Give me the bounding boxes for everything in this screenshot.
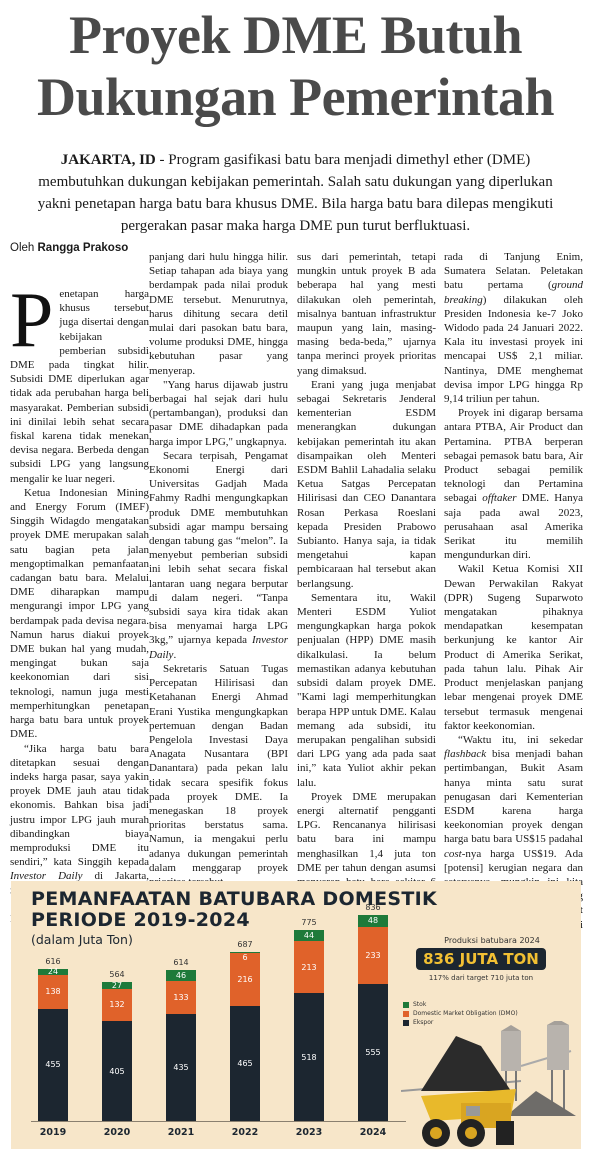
bar-total-label: 687 [230, 940, 260, 949]
article-column-3: sus dari pemerintah, tetapi mungkin untu… [297, 250, 436, 960]
byline: Oleh Rangga Prakoso [10, 242, 128, 254]
lead-paragraph: JAKARTA, ID - Program gasifikasi batu ba… [30, 149, 561, 237]
bar-segment-ekspor: 405 [102, 1021, 132, 1121]
headline: Proyek DME Butuh Dukungan Pemerintah [0, 4, 591, 128]
bar-2024: 48233555 [358, 915, 388, 1121]
bar-segment-ekspor: 518 [294, 993, 324, 1121]
headline-line-1: Proyek DME Butuh [69, 5, 522, 65]
bar-total-label: 775 [294, 918, 324, 927]
x-axis-label: 2023 [289, 1127, 329, 1138]
headline-line-2: Dukungan Pemerintah [37, 67, 554, 127]
legend-swatch-dmo [403, 1011, 409, 1017]
bar-segment-label: 6 [230, 953, 260, 962]
legend-item-dmo: Domestic Market Obligation (DMO) [403, 1009, 518, 1018]
bar-segment-ekspor: 455 [38, 1009, 68, 1121]
dateline: JAKARTA, ID [61, 152, 156, 168]
paragraph: Sekretaris Satuan Tugas Percepatan Hilir… [149, 662, 288, 889]
x-axis [31, 1121, 406, 1122]
paragraph: “Jika harga batu bara ditetapkan sesuai … [10, 742, 149, 898]
paragraph: rada di Tanjung Enim, Sumatera Selatan. … [444, 250, 583, 406]
author-name: Rangga Prakoso [38, 242, 129, 254]
bar-segment-stok: 27 [102, 982, 132, 989]
x-axis-label: 2022 [225, 1127, 265, 1138]
bar-total-label: 564 [102, 970, 132, 979]
bar-2022: 216465 [230, 952, 260, 1121]
chart-subtitle: (dalam Juta Ton) [31, 932, 133, 947]
bar-total-label: 616 [38, 957, 68, 966]
bar-segment-dmo: 233 [358, 927, 388, 984]
paragraph: Secara terpisah, Pengamat Ekonomi Energi… [149, 449, 288, 662]
bar-total-label: 614 [166, 958, 196, 967]
bar-segment-stok: 46 [166, 970, 196, 981]
bar-segment-stok: 48 [358, 915, 388, 927]
x-axis-label: 2020 [97, 1127, 137, 1138]
x-axis-label: 2019 [33, 1127, 73, 1138]
paragraph: panjang dari hulu hingga hilir. Setiap t… [149, 250, 288, 378]
production-label: Produksi batubara 2024 [417, 936, 567, 945]
bar-segment-dmo: 213 [294, 941, 324, 994]
paragraph: Proyek ini digarap bersama antara PTBA, … [444, 406, 583, 562]
paragraph: "Yang harus dijawab justru berbagai hal … [149, 378, 288, 449]
paragraph: Ketua Indonesian Mining and Energy Forum… [10, 486, 149, 742]
paragraph: Penetapan harga khusus tersebut juga dis… [10, 287, 149, 486]
production-badge: 836 JUTA TON [416, 948, 546, 970]
article-column-1: Penetapan harga khusus tersebut juga dis… [10, 287, 149, 926]
bar-2020: 27132405 [102, 982, 132, 1121]
paragraph: sus dari pemerintah, tetapi mungkin untu… [297, 250, 436, 378]
paragraph: Sementara itu, Wakil Menteri ESDM Yuliot… [297, 591, 436, 790]
mining-truck-illustration-icon [401, 1021, 581, 1149]
paragraph: Erani yang juga menjabat sebagai Sekreta… [297, 378, 436, 591]
bar-2023: 44213518 [294, 930, 324, 1121]
legend-swatch-stok [403, 1002, 409, 1008]
bar-segment-dmo: 133 [166, 981, 196, 1014]
bar-segment-dmo: 132 [102, 989, 132, 1022]
bar-segment-ekspor: 465 [230, 1006, 260, 1121]
article-column-2: panjang dari hulu hingga hilir. Setiap t… [149, 250, 288, 932]
x-axis-label: 2024 [353, 1127, 393, 1138]
drop-cap: P [10, 289, 53, 351]
bar-segment-dmo: 138 [38, 975, 68, 1009]
bar-segment-ekspor: 555 [358, 984, 388, 1121]
x-axis-label: 2021 [161, 1127, 201, 1138]
legend-item-stok: Stok [403, 1000, 518, 1009]
bar-segment-stok: 44 [294, 930, 324, 941]
article-column-4: rada di Tanjung Enim, Sumatera Selatan. … [444, 250, 583, 946]
paragraph: Wakil Ketua Komisi XII Dewan Perwakilan … [444, 562, 583, 732]
bar-2021: 46133435 [166, 970, 196, 1121]
bar-2019: 24138455 [38, 969, 68, 1121]
production-note: 117% dari target 710 juta ton [411, 974, 551, 982]
infographic-chart: PEMANFAATAN BATUBARA DOMESTIK PERIODE 20… [11, 881, 581, 1149]
bar-segment-ekspor: 435 [166, 1014, 196, 1121]
bar-total-label: 836 [358, 903, 388, 912]
